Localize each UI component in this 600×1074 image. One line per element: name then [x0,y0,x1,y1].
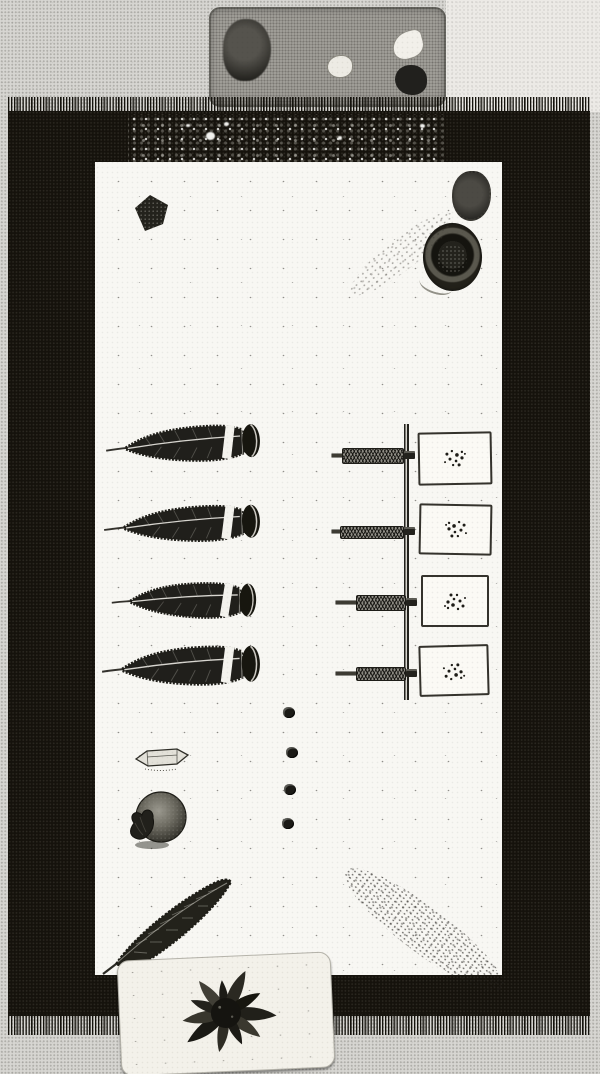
tray-white-daub-center [327,55,353,78]
holder-collar [406,669,417,677]
holder-knurled-grip [340,526,404,539]
stone-flake [128,190,174,234]
tray-dark-daub-right [395,65,427,95]
seed-burr-3 [284,784,296,795]
holder-knurled-grip [356,667,406,681]
holder-collar [406,598,417,606]
seed-cluster [433,657,476,684]
seed-specimen-card-3 [421,575,489,627]
seed-burr-4 [282,818,294,829]
leaf-rosette-card [117,951,336,1074]
mat-fringe-top [8,97,590,112]
mounting-rail [404,424,409,700]
backdrop-light-corner [446,0,600,112]
glitter-scatter-band [128,114,444,162]
pen-holder-3 [332,594,420,610]
seed-specimen-card-2 [419,503,493,555]
glitter-glint [224,122,229,126]
seed-cluster [434,445,476,472]
pen-holder-1 [330,447,418,463]
quill-feather-4 [100,640,263,693]
holder-knurled-grip [356,595,406,611]
quill-feather-1 [103,418,263,469]
crystal-bead [133,744,191,772]
nut-with-husk [120,789,190,853]
tray-white-shell [389,27,427,62]
pen-holder-2 [330,523,418,539]
photograph-plate [0,0,600,1074]
glitter-glint [186,124,190,127]
tray-dark-daub-left [223,19,271,81]
leaf-rosette [122,959,330,1068]
seed-burr-1 [283,707,295,718]
seed-specimen-card-1 [418,431,493,485]
pen-holder-4 [332,665,420,681]
pigment-tray [209,7,446,107]
seed-burr-2 [286,747,298,758]
quill-feather-2 [101,499,262,549]
seed-specimen-card-4 [418,644,489,697]
glitter-glint [206,132,215,140]
glitter-glint [338,136,342,140]
seed-cluster [434,588,476,614]
ink-bowl-speckle [437,245,467,273]
holder-knurled-grip [342,448,404,464]
holder-collar [404,451,415,459]
seed-cluster [434,516,476,543]
glitter-glint [420,124,425,128]
holder-collar [404,527,415,535]
quill-feather-3 [110,576,259,625]
